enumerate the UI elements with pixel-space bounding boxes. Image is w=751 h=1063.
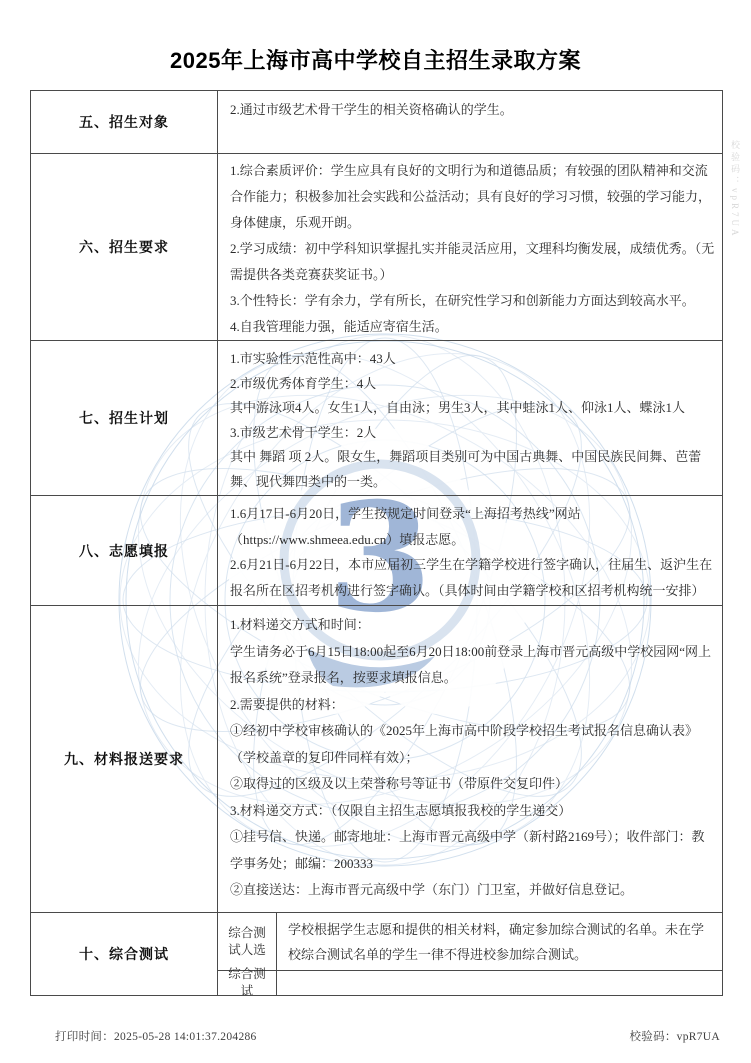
content-line: ②直接送达：上海市晋元高级中学（东门）门卫室，并做好信息登记。: [230, 877, 716, 904]
section-content: 1.市实验性示范性高中：43人 2.市级优秀体育学生：4人 其中游泳项4人。女生…: [218, 341, 723, 496]
section-content: 1.材料递交方式和时间： 学生请务必于6月15日18:00起至6月20日18:0…: [218, 606, 723, 913]
row-application-filing: 八、志愿填报 1.6月17日-6月20日，学生按规定时间登录“上海招考热线”网站…: [31, 496, 723, 606]
subrow-test-candidates: 综合测试人选 学校根据学生志愿和提供的相关材料，确定参加综合测试的名单。未在学校…: [218, 913, 722, 971]
section-content: 2.通过市级艺术骨干学生的相关资格确认的学生。: [218, 91, 723, 154]
content-line: 1.材料递交方式和时间：: [230, 612, 716, 639]
content-line: 3.材料递交方式：（仅限自主招生志愿填报我校的学生递交）: [230, 798, 716, 825]
content-line: 1.市实验性示范性高中：43人: [230, 347, 716, 372]
sub-content: 学校根据学生志愿和提供的相关材料，确定参加综合测试的名单。未在学校综合测试名单的…: [277, 913, 722, 970]
document-page: 2025年上海市高中学校自主招生录取方案 五、招生对象 2.通过市级艺术骨干学生…: [0, 0, 751, 996]
admission-plan-table: 五、招生对象 2.通过市级艺术骨干学生的相关资格确认的学生。 六、招生要求 1.…: [30, 90, 723, 996]
subrow-test: 综合测试: [218, 971, 722, 995]
content-line: 1.6月17日-6月20日，学生按规定时间登录“上海招考热线”网站: [230, 501, 716, 527]
nested-cell: 综合测试人选 学校根据学生志愿和提供的相关材料，确定参加综合测试的名单。未在学校…: [218, 913, 723, 996]
section-content: 1.综合素质评价：学生应具有良好的文明行为和道德品质；有较强的团队精神和交流合作…: [218, 154, 723, 341]
content-line: 3.市级艺术骨干学生：2人: [230, 421, 716, 446]
print-time: 打印时间：2025-05-28 14:01:37.204286: [55, 1028, 257, 1044]
page-footer: 打印时间：2025-05-28 14:01:37.204286 校验码：vpR7…: [0, 1028, 751, 1048]
content-line: 2.通过市级艺术骨干学生的相关资格确认的学生。: [230, 97, 716, 124]
content-line: 3.个性特长：学有余力，学有所长，在研究性学习和创新能力方面达到较高水平。: [230, 288, 716, 314]
content-line: 2.需要提供的材料：: [230, 692, 716, 719]
row-comprehensive-test: 十、综合测试 综合测试人选 学校根据学生志愿和提供的相关材料，确定参加综合测试的…: [31, 913, 723, 996]
content-line: ①挂号信、快递。邮寄地址：上海市晋元高级中学（新村路2169号）；收件部门：教学…: [230, 824, 716, 877]
section-content: 1.6月17日-6月20日，学生按规定时间登录“上海招考热线”网站 （https…: [218, 496, 723, 606]
content-line: 其中 舞蹈 项 2人。限女生，舞蹈项目类别可为中国古典舞、中国民族民间舞、芭蕾舞…: [230, 445, 716, 494]
section-label: 八、志愿填报: [31, 496, 218, 606]
section-label: 七、招生计划: [31, 341, 218, 496]
content-line: ②取得过的区级及以上荣誉称号等证书（带原件交复印件）: [230, 771, 716, 798]
content-line: 4.自我管理能力强，能适应寄宿生活。: [230, 314, 716, 340]
row-enrollment-plan: 七、招生计划 1.市实验性示范性高中：43人 2.市级优秀体育学生：4人 其中游…: [31, 341, 723, 496]
section-label: 五、招生对象: [31, 91, 218, 154]
content-line: 1.综合素质评价：学生应具有良好的文明行为和道德品质；有较强的团队精神和交流合作…: [230, 158, 716, 236]
content-line: 其中游泳项4人。女生1人，自由泳；男生3人，其中蛙泳1人、仰泳1人、蝶泳1人: [230, 396, 716, 421]
content-line: 2.6月21日-6月22日，本市应届初三学生在学籍学校进行签字确认，往届生、返沪…: [230, 552, 716, 603]
section-label: 九、材料报送要求: [31, 606, 218, 913]
content-line: 2.学习成绩：初中学科知识掌握扎实并能灵活应用，文理科均衡发展，成绩优秀。（无需…: [230, 236, 716, 288]
row-enrollment-target: 五、招生对象 2.通过市级艺术骨干学生的相关资格确认的学生。: [31, 91, 723, 154]
sub-content: [277, 971, 722, 995]
sub-label: 综合测试人选: [218, 913, 277, 970]
page-title: 2025年上海市高中学校自主招生录取方案: [0, 0, 751, 75]
content-line: 学生请务必于6月15日18:00起至6月20日18:00前登录上海市晋元高级中学…: [230, 639, 716, 692]
sub-label: 综合测试: [218, 971, 277, 995]
content-line: （https://www.shmeea.edu.cn）填报志愿。: [230, 527, 716, 553]
content-line: ①经初中学校审核确认的《2025年上海市高中阶段学校招生考试报名信息确认表》（学…: [230, 718, 716, 771]
section-label: 六、招生要求: [31, 154, 218, 341]
section-label: 十、综合测试: [31, 913, 218, 996]
row-enrollment-requirements: 六、招生要求 1.综合素质评价：学生应具有良好的文明行为和道德品质；有较强的团队…: [31, 154, 723, 341]
checksum: 校验码：vpR7UA: [629, 1028, 720, 1044]
content-line: 2.市级优秀体育学生：4人: [230, 372, 716, 397]
row-material-submission: 九、材料报送要求 1.材料递交方式和时间： 学生请务必于6月15日18:00起至…: [31, 606, 723, 913]
